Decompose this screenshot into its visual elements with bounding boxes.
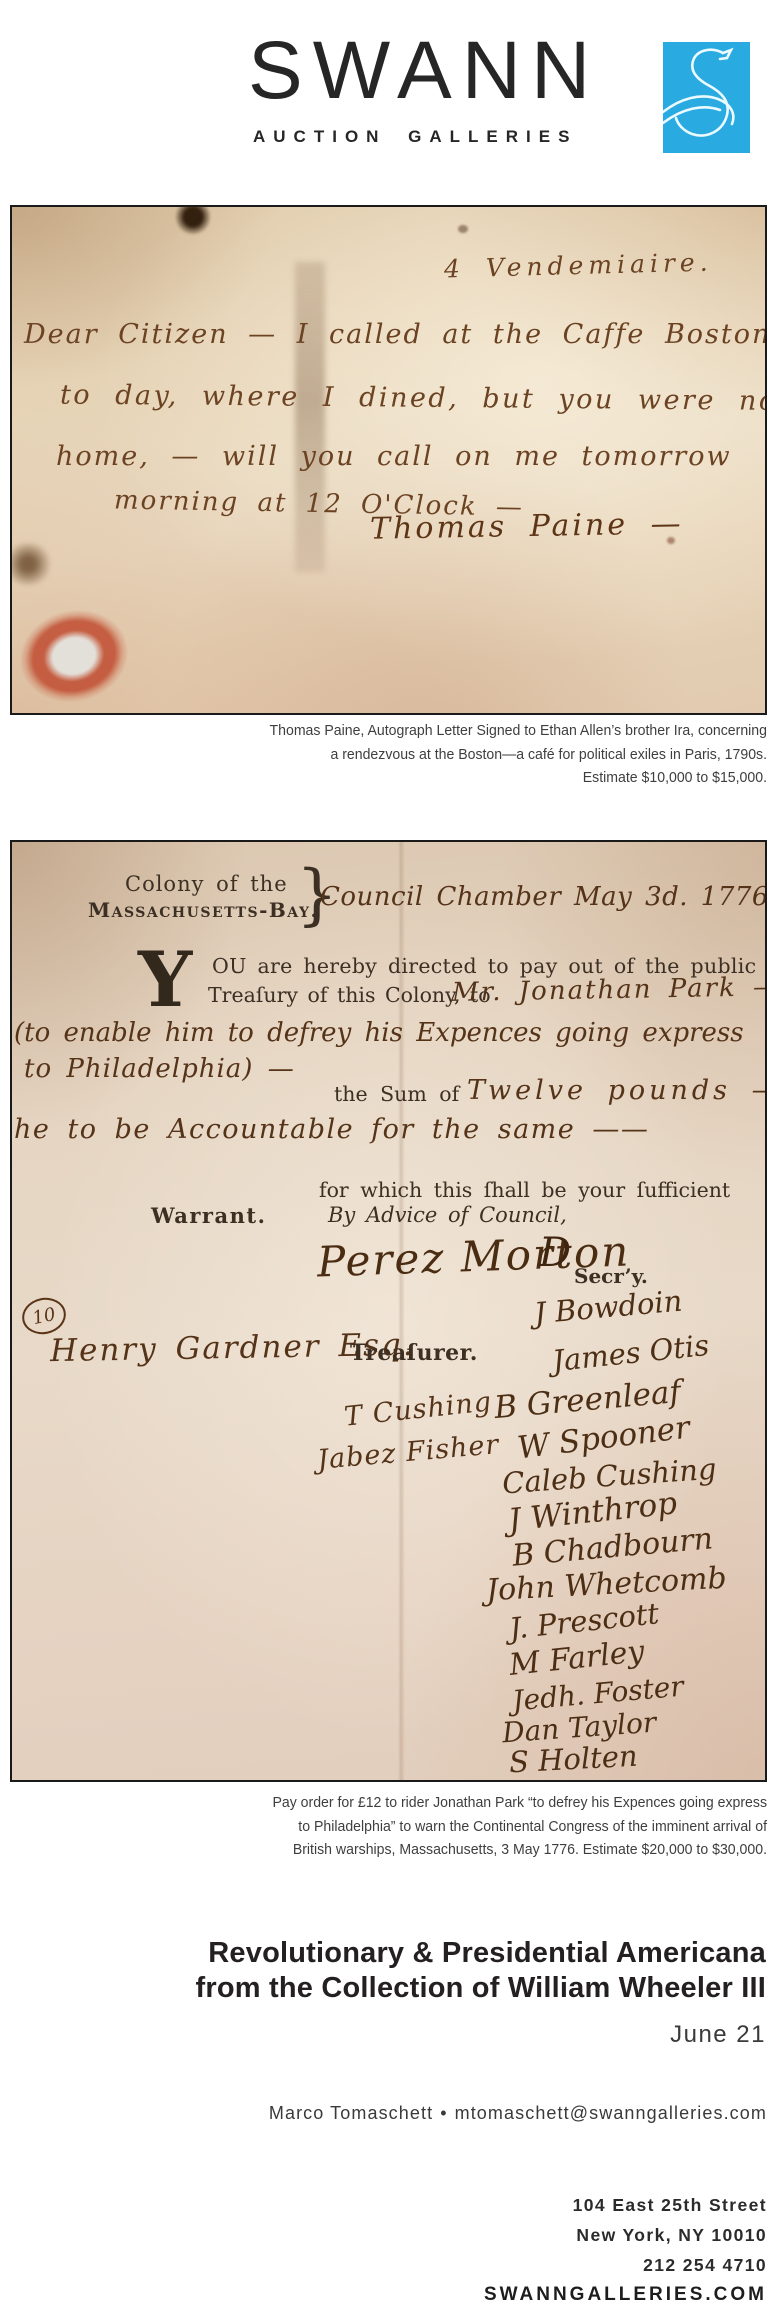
lot2-caption: Pay order for £12 to rider Jonathan Park… [67, 1791, 767, 1862]
lot1-line3: home, — will you call on me tomorrow [56, 441, 732, 472]
lot2-docket-number: 10 [19, 1294, 70, 1338]
bullet-separator: • [440, 2103, 447, 2123]
ink-blot-stain [175, 205, 211, 235]
sale-date: June 21 [366, 2021, 766, 2049]
auction-galleries-label: AUCTION GALLERIES [253, 127, 577, 147]
lot2-colony-line1: Colony of the [125, 872, 288, 896]
lot2-caption-line2: to Philadelphia” to warn the Continental… [67, 1815, 767, 1839]
red-wax-seal-stain [11, 599, 138, 712]
phone-number: 212 254 4710 [367, 2250, 767, 2280]
lot2-treasurer-label: Treaſurer. [350, 1340, 478, 1366]
lot2-secretary-title: Secr’y. [574, 1264, 648, 1288]
lot2-expense-line2: to Philadelphia) — [24, 1054, 295, 1084]
lot2-body-line3: for which this ſhall be your ſufficient [319, 1178, 730, 1202]
brown-smudge-stain [10, 543, 54, 585]
gallery-address-block: 104 East 25th Street New York, NY 10010 … [367, 2190, 767, 2307]
council-signature: J Bowdoin [533, 1284, 684, 1331]
lot1-signature: Thomas Paine — [370, 506, 684, 546]
lot2-payee: Mr. Jonathan Park — [452, 972, 767, 1008]
swan-s-icon [663, 42, 750, 153]
swann-logo[interactable] [663, 42, 750, 153]
specialist-email-link[interactable]: mtomaschett@swanngalleries.com [455, 2103, 767, 2123]
lot2-expense-line1: (to enable him to defrey his Expences go… [14, 1018, 744, 1048]
lot1-line1: Dear Citizen — I called at the Caffe Bos… [24, 319, 767, 350]
sale-title-line1: Revolutionary & Presidential Americana [6, 1936, 766, 1971]
paper-speck [458, 225, 468, 233]
lot1-manuscript-image: 4 Vendemiaire. Dear Citizen — I called a… [10, 205, 767, 715]
lot2-sum: Twelve pounds — [467, 1075, 767, 1106]
ink-bleed-stain [295, 262, 325, 572]
address-line1: 104 East 25th Street [367, 2190, 767, 2220]
specialist-name: Marco Tomaschett [269, 2103, 433, 2123]
lot2-witness1: T Cushing [343, 1386, 494, 1432]
lot1-caption-line2: a rendezvous at the Boston—a café for po… [67, 743, 767, 767]
lot2-dateline: Council Chamber May 3d. 1776 [320, 882, 767, 912]
lot1-caption-line1: Thomas Paine, Autograph Letter Signed to… [67, 719, 767, 743]
lot1-dateline: 4 Vendemiaire. [444, 247, 713, 283]
council-signature: S Holten [508, 1739, 638, 1780]
lot1-line2: to day, where I dined, but you were not … [60, 380, 767, 418]
lot1-caption-line3: Estimate $10,000 to $15,000. [67, 766, 767, 790]
lot2-warrant-label: Warrant. [151, 1203, 266, 1228]
swann-wordmark: SWANN [248, 30, 600, 112]
council-signature: James Otis [551, 1328, 711, 1378]
sale-title-line2: from the Collection of William Wheeler I… [6, 1971, 766, 2006]
website-link[interactable]: SWANNGALLERIES.COM [367, 2280, 767, 2307]
lot2-body-line2: Treaſury of this Colony, to [208, 983, 491, 1007]
lot1-caption: Thomas Paine, Autograph Letter Signed to… [67, 719, 767, 790]
sale-title: Revolutionary & Presidential Americana f… [6, 1936, 766, 2006]
lot2-caption-line3: British warships, Massachusetts, 3 May 1… [67, 1838, 767, 1862]
lot2-dropcap: Y [138, 944, 192, 1016]
lot2-manuscript-image: Colony of the Massachusetts-Bay. } Counc… [10, 840, 767, 1782]
specialist-contact: Marco Tomaschett•mtomaschett@swanngaller… [67, 2103, 767, 2124]
lot2-accountable: he to be Accountable for the same —— [14, 1114, 649, 1145]
email-page: { "brand": { "wordmark": "SWANN", "tagli… [0, 0, 777, 2307]
lot2-caption-line1: Pay order for £12 to rider Jonathan Park… [67, 1791, 767, 1815]
lot2-witness2: Jabez Fisher [316, 1429, 501, 1476]
lot2-colony-line2: Massachusetts-Bay. [88, 898, 319, 922]
lot2-by-advice: By Advice of Council, [328, 1203, 567, 1227]
lot2-sum-label: the Sum of [334, 1082, 459, 1106]
lot2-secretary-flourish: D [539, 1230, 571, 1276]
address-line2: New York, NY 10010 [367, 2220, 767, 2250]
